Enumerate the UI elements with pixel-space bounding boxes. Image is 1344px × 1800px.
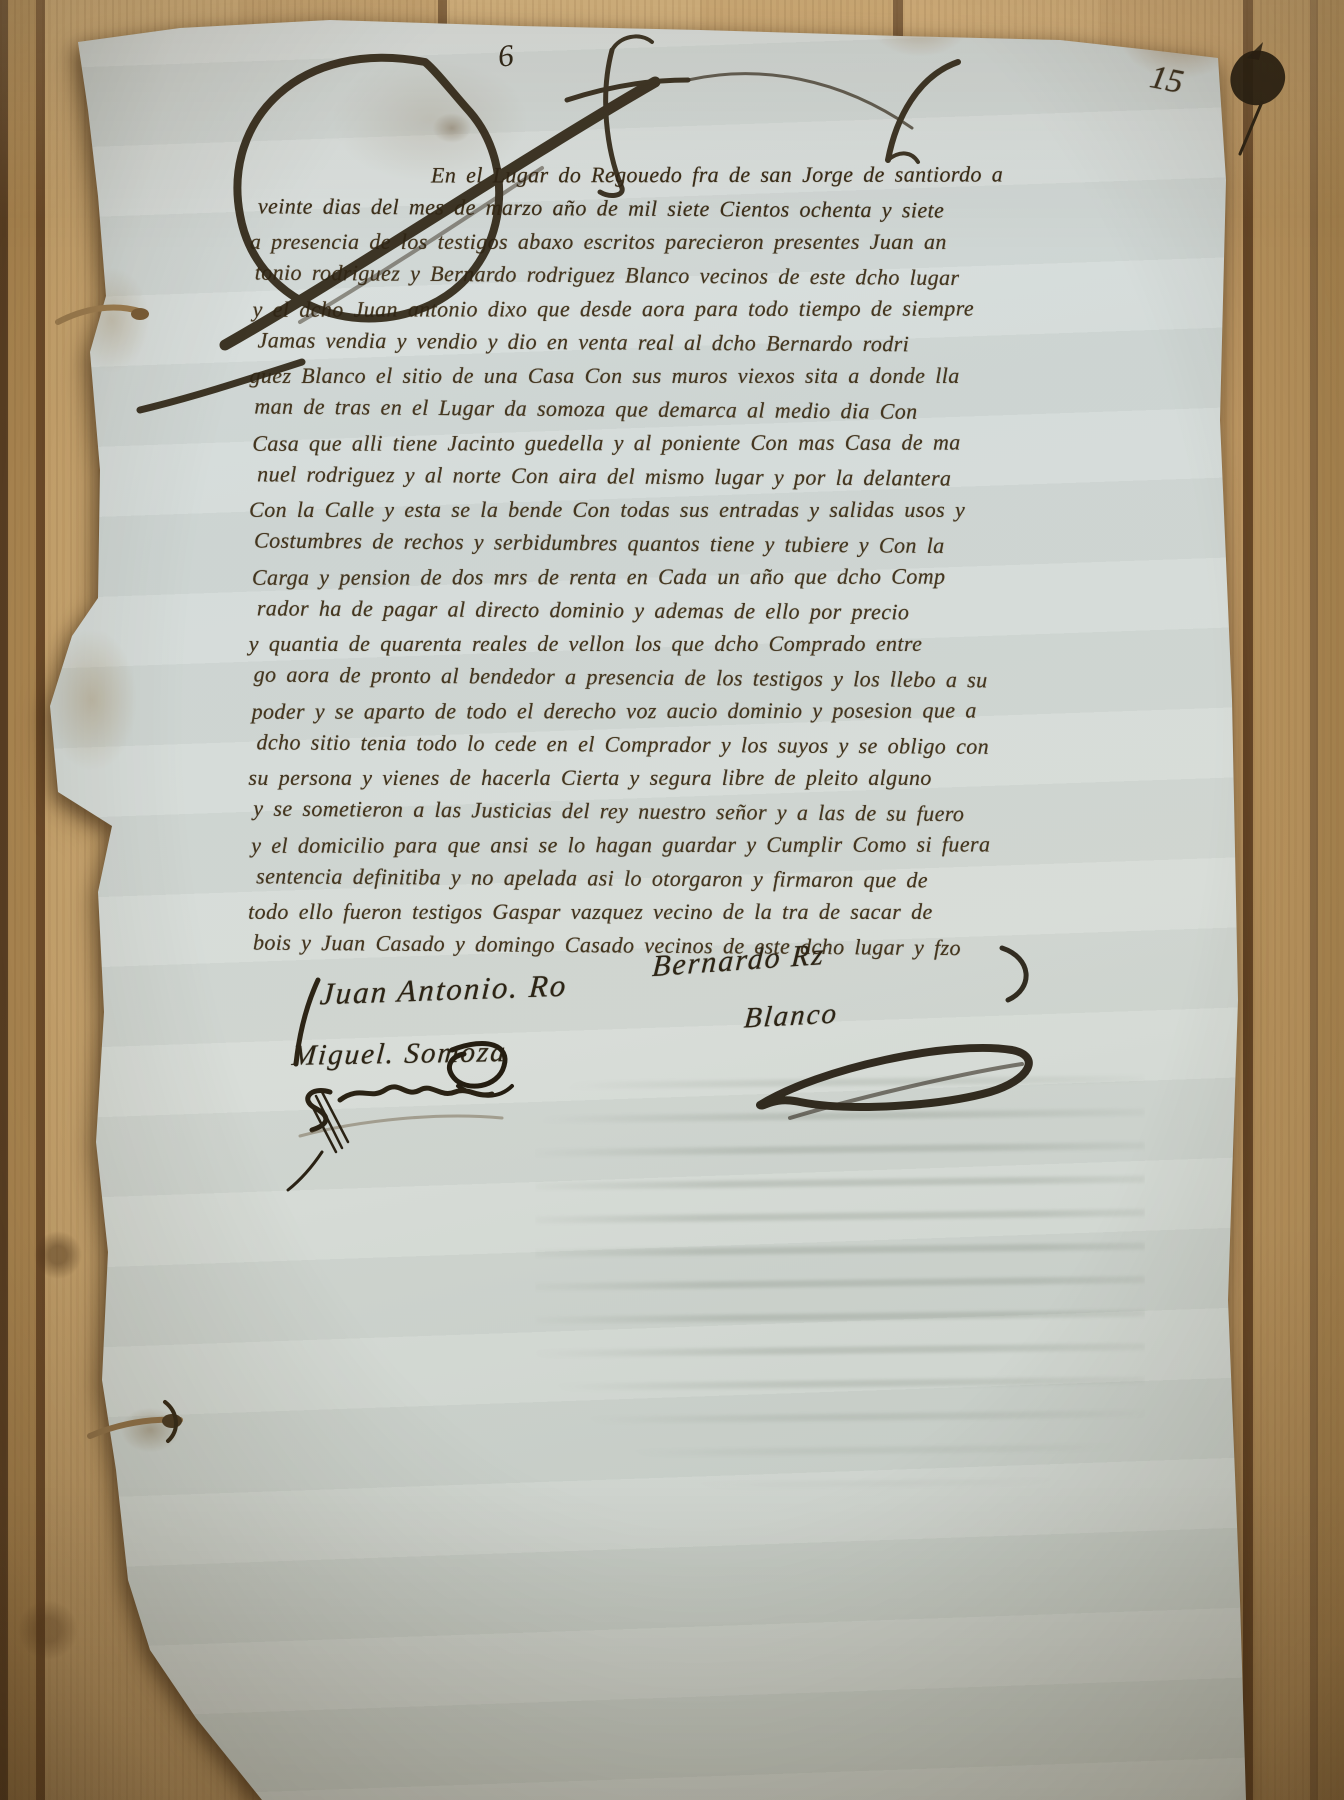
opening-flourish-icon xyxy=(140,36,958,410)
juan-opening-stroke xyxy=(296,980,318,1064)
bernardo-rubric xyxy=(760,948,1029,1118)
ink-flourishes xyxy=(0,0,1344,1800)
ink-blot-icon xyxy=(1230,42,1285,154)
binding-cord-top xyxy=(58,307,149,322)
binding-cord-bottom xyxy=(90,1402,182,1441)
notary-rubric xyxy=(288,1087,502,1190)
manuscript-photo: En el Lugar do Regouedo fra de san Jorge… xyxy=(0,0,1344,1800)
somoza-rubric xyxy=(449,1043,512,1095)
